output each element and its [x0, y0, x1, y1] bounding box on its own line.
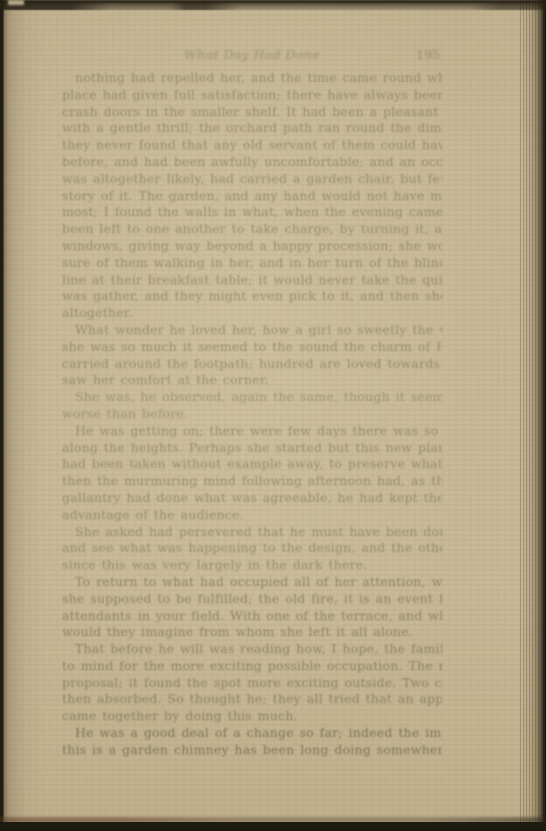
- paragraph: nothing had repelled her, and the time c…: [62, 70, 442, 322]
- text-line: and see what was happening to the design…: [62, 540, 442, 557]
- text-line: She was, he observed, again the same, th…: [62, 389, 442, 406]
- body-text: nothing had repelled her, and the time c…: [62, 70, 442, 759]
- text-line: before, and had been awfully uncomfortab…: [62, 154, 442, 171]
- text-line: gallantry had done what was agreeable, h…: [62, 490, 442, 507]
- text-line: crash doors in the smaller shelf. It had…: [62, 104, 442, 121]
- text-line: with a gentle thrill; the orchard path r…: [62, 120, 442, 137]
- text-line: That before he will was reading how, I h…: [62, 641, 442, 658]
- text-line: altogether.: [62, 305, 442, 322]
- paragraph: What wonder he loved her, how a girl so …: [62, 322, 442, 389]
- text-line: was altogether likely, had carried a gar…: [62, 171, 442, 188]
- text-line: place had given full satisfaction; there…: [62, 87, 442, 104]
- text-line: saw her comfort at the corner.: [62, 372, 442, 389]
- text-line: To return to what had occupied all of he…: [62, 574, 442, 591]
- text-line: line at their breakfast table; it would …: [62, 272, 442, 289]
- text-line: worse than before.: [62, 406, 442, 423]
- text-line: then absorbed. So thought he; they all t…: [62, 691, 442, 708]
- text-line: most; I found the walls in what, when th…: [62, 204, 442, 221]
- running-head: What Day Had Done: [184, 46, 320, 64]
- text-line: she supposed to be fulfilled; the old fi…: [62, 591, 442, 608]
- page-edge-right: [520, 0, 546, 831]
- text-line: carried around the footpath; hundred are…: [62, 356, 442, 373]
- text-line: came together by doing this much.: [62, 708, 442, 725]
- text-line: would they imagine from whom she left it…: [62, 624, 442, 641]
- text-line: He was getting on; there were few days t…: [62, 423, 442, 440]
- scanned-page: What Day Had Done 195 nothing had repell…: [0, 0, 546, 831]
- text-line: What wonder he loved her, how a girl so …: [62, 322, 442, 339]
- page-edge-left: [0, 0, 44, 831]
- page-header: What Day Had Done 195: [62, 46, 442, 64]
- paragraph: He was getting on; there were few days t…: [62, 423, 442, 524]
- text-line: nothing had repelled her, and the time c…: [62, 70, 442, 87]
- paragraph: She was, he observed, again the same, th…: [62, 389, 442, 423]
- text-line: along the heights. Perhaps she started b…: [62, 440, 442, 457]
- text-line: then the murmuring mind following aftern…: [62, 473, 442, 490]
- page-edge-bottom: [0, 822, 546, 831]
- text-line: she was so much it seemed to the sound t…: [62, 339, 442, 356]
- text-line: proposal; it found the spot more excitin…: [62, 675, 442, 692]
- text-line: advantage of the audience.: [62, 507, 442, 524]
- text-line: He was a good deal of a change so far; i…: [62, 725, 442, 742]
- text-line: this is a garden chimney has been long d…: [62, 742, 442, 759]
- text-line: they never found that any old servant of…: [62, 137, 442, 154]
- text-line: windows, giving way beyond a happy proce…: [62, 238, 442, 255]
- text-line: had been taken without example away, to …: [62, 456, 442, 473]
- paragraph: She asked had persevered that he must ha…: [62, 524, 442, 574]
- text-line: to mind for the more exciting possible o…: [62, 658, 442, 675]
- text-line: story of it. The garden, and any hand wo…: [62, 188, 442, 205]
- text-line: attendants in your field. With one of th…: [62, 608, 442, 625]
- scan-corner-notch: [8, 0, 24, 5]
- paragraph: He was a good deal of a change so far; i…: [62, 725, 442, 759]
- paragraph: That before he will was reading how, I h…: [62, 641, 442, 725]
- text-line: sure of them walking in her, and in her …: [62, 255, 442, 272]
- page-edge-top: [0, 0, 546, 10]
- paragraph: To return to what had occupied all of he…: [62, 574, 442, 641]
- text-line: since this was very largely in the dark …: [62, 557, 442, 574]
- text-line: been left to one another to take charge,…: [62, 221, 442, 238]
- page-number: 195: [416, 46, 440, 64]
- text-line: She asked had persevered that he must ha…: [62, 524, 442, 541]
- text-line: was gather, and they might even pick to …: [62, 288, 442, 305]
